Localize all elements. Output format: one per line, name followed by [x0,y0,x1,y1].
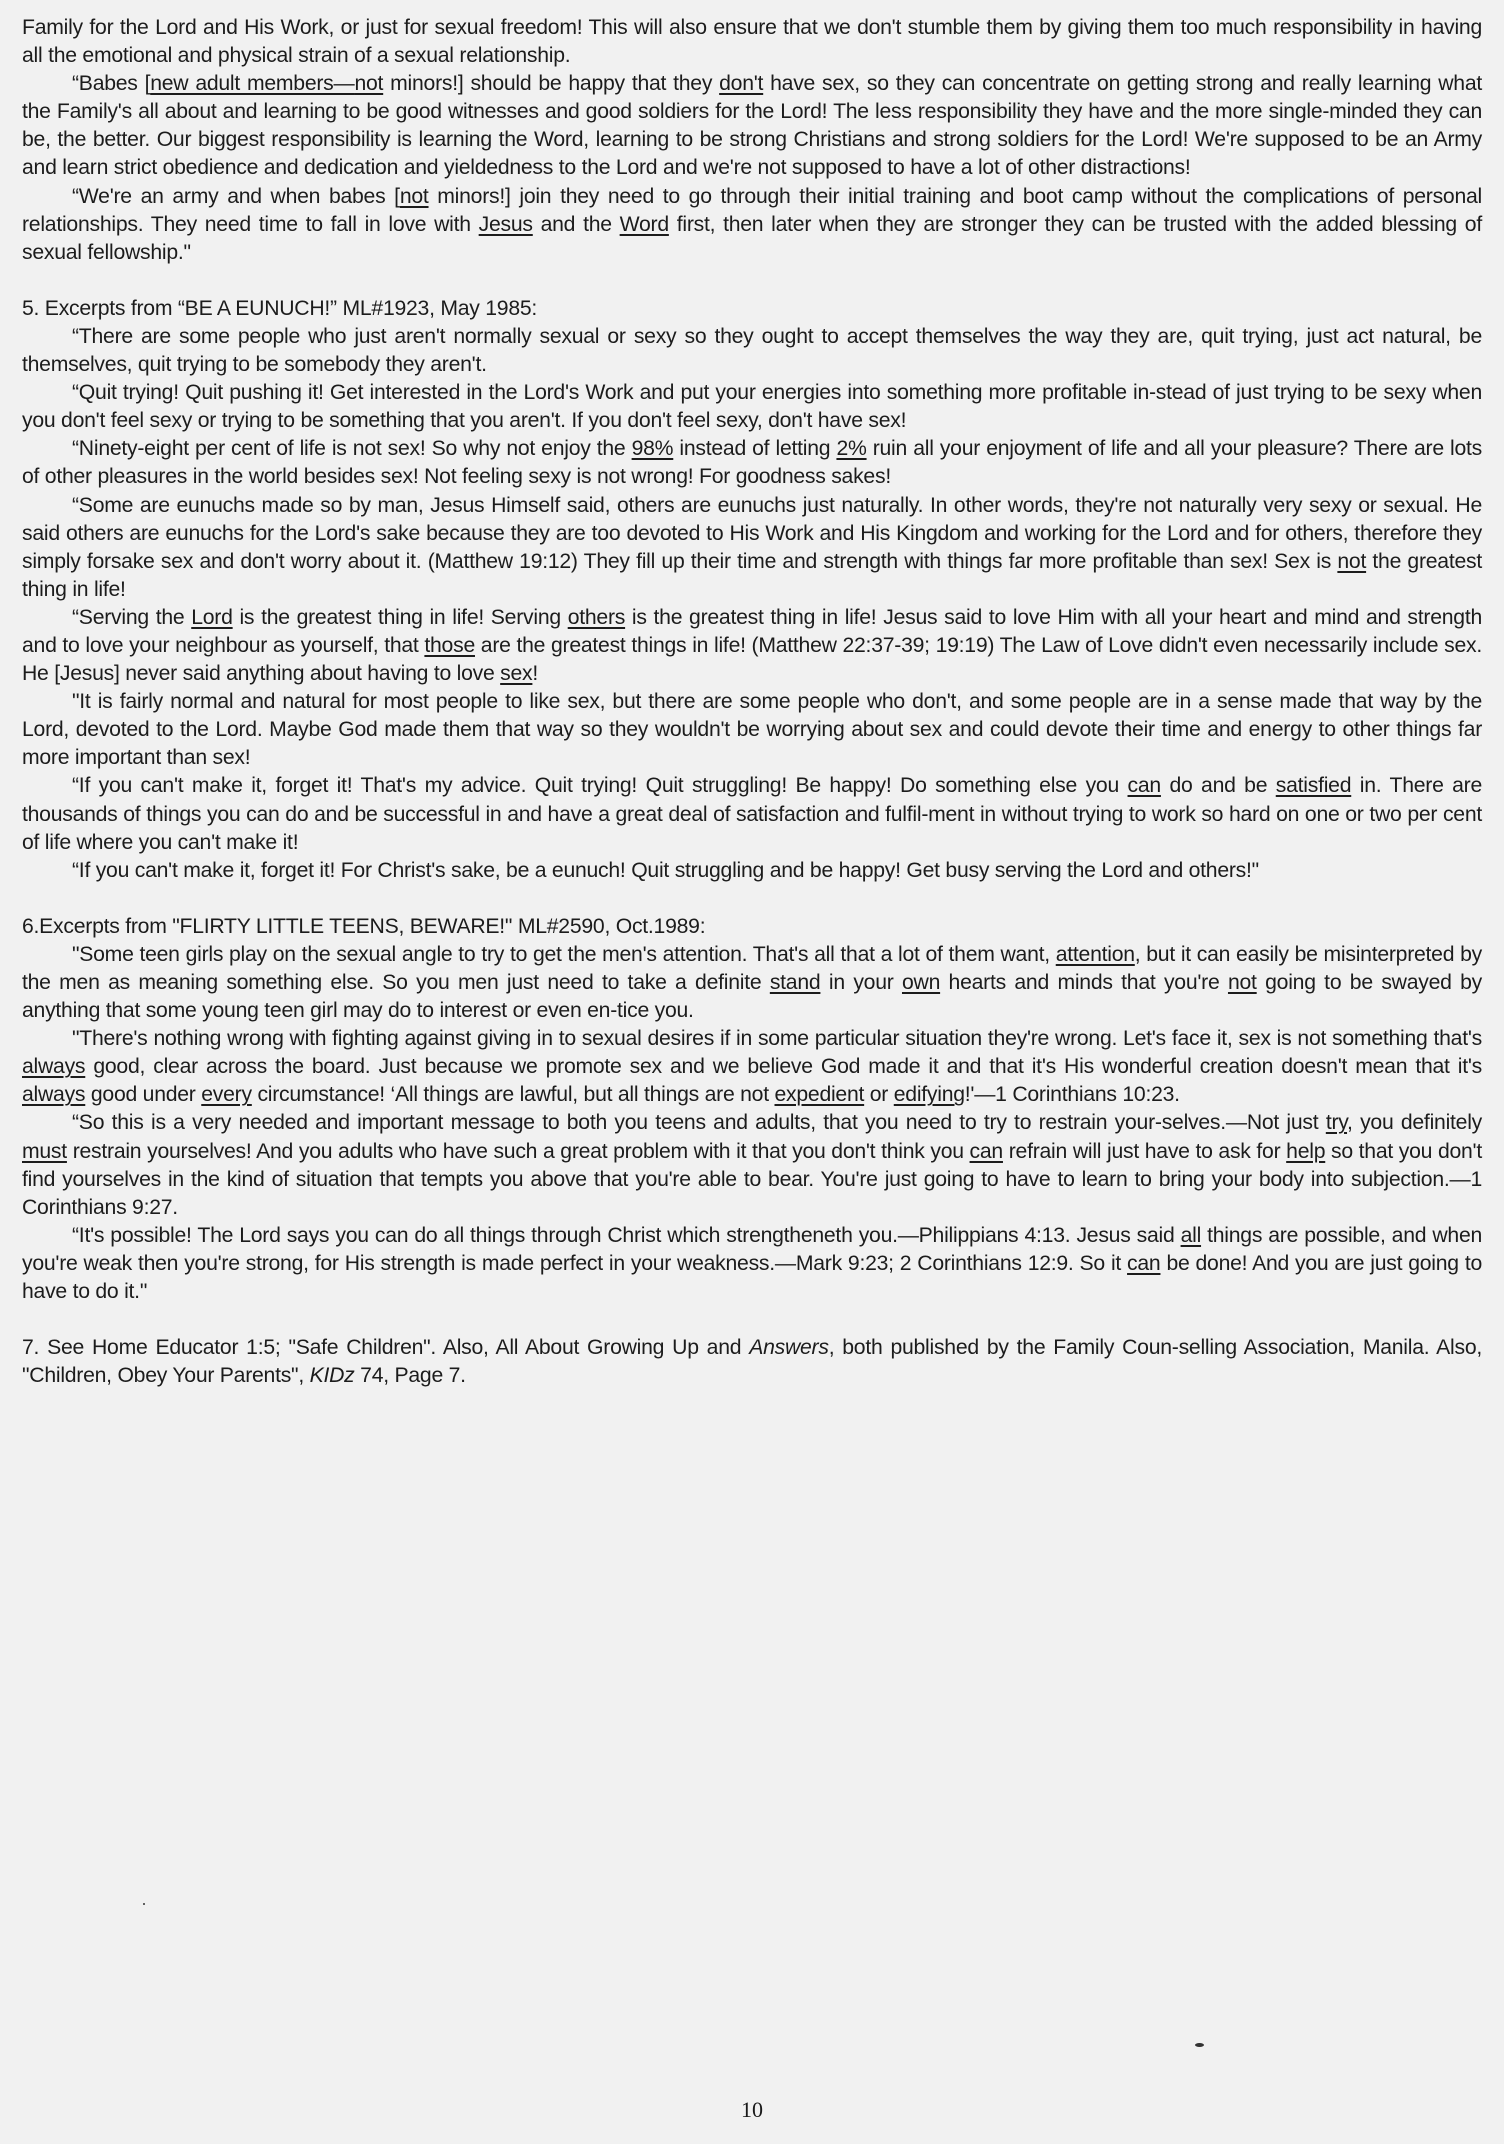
text-run: , you definitely [1347,1111,1482,1134]
italic-title: Answers [749,1336,829,1359]
emphasized-text: not [400,185,429,208]
paragraph: "There's nothing wrong with fighting aga… [22,1025,1482,1109]
paragraph: “So this is a very needed and important … [22,1109,1482,1221]
text-run: or [864,1083,894,1106]
paragraph: "Some teen girls play on the sexual angl… [22,941,1482,1025]
section-paragraphs: "Some teen girls play on the sexual angl… [22,941,1482,1306]
text-run: circumstance! ‘All things are lawful, bu… [252,1083,775,1106]
section-paragraphs: 7. See Home Educator 1:5; "Safe Children… [22,1334,1482,1390]
text-run: Family for the Lord and His Work, or jus… [22,16,1482,67]
text-run: good under [85,1083,201,1106]
paragraph: “If you can't make it, forget it! That's… [22,772,1482,856]
text-run: instead of letting [673,437,836,460]
emphasized-text: edifying [894,1083,965,1106]
paragraph: “Quit trying! Quit pushing it! Get inter… [22,379,1482,435]
emphasized-text: can [970,1140,1003,1163]
text-run: “Ninety-eight per cent of life is not se… [72,437,632,460]
emphasized-text: new adult members— [150,72,354,95]
emphasized-text: own [902,971,940,994]
section-gap [22,267,1482,295]
section-heading: 5. Excerpts from “BE A EUNUCH!” ML#1923,… [22,295,1482,323]
italic-title: KIDz [310,1364,355,1387]
section-paragraphs: “There are some people who just aren't n… [22,323,1482,885]
emphasized-text: 98% [632,437,674,460]
emphasized-text: must [22,1140,67,1163]
emphasized-text: every [201,1083,252,1106]
section-gap [22,1306,1482,1334]
intro-continuation: Family for the Lord and His Work, or jus… [22,14,1482,267]
emphasized-text: not [1337,550,1366,573]
page-number: 10 [0,2097,1504,2123]
text-run: restrain yourselves! And you adults who … [67,1140,970,1163]
section-heading: 6.Excerpts from "FLIRTY LITTLE TEENS, BE… [22,913,1482,941]
emphasized-text: help [1286,1140,1325,1163]
emphasized-text: those [424,634,475,657]
emphasized-text: expedient [775,1083,865,1106]
text-run: minors!] should be happy that they [383,72,719,95]
text-run: 7. See Home Educator 1:5; "Safe Children… [22,1336,749,1359]
paragraph: 7. See Home Educator 1:5; "Safe Children… [22,1334,1482,1390]
paragraph: “It's possible! The Lord says you can do… [22,1222,1482,1306]
paragraph: “Babes [new adult members—not minors!] s… [22,70,1482,182]
text-run: good, clear across the board. Just becau… [85,1055,1482,1078]
text-run: “If you can't make it, forget it! For Ch… [72,859,1259,882]
paragraph: “Ninety-eight per cent of life is not se… [22,435,1482,491]
emphasized-text: Word [620,213,669,236]
text-run: “It's possible! The Lord says you can do… [72,1224,1181,1247]
emphasized-text: try [1326,1111,1347,1134]
section-5-be-a-eunuch: 5. Excerpts from “BE A EUNUCH!” ML#1923,… [22,295,1482,885]
text-run: !'—1 Corinthians 10:23. [965,1083,1180,1106]
text-run: "Some teen girls play on the sexual angl… [72,943,1056,966]
scan-speck [143,1903,145,1905]
text-run: ! [532,662,538,685]
text-run: is the greatest thing in life! Serving [233,606,568,629]
text-run: “So this is a very needed and important … [72,1111,1326,1134]
emphasized-text: satisfied [1276,774,1351,797]
text-run: hearts and minds that you're [940,971,1228,994]
emphasized-text: always [22,1083,85,1106]
text-run: and the [533,213,620,236]
text-run: refrain will just have to ask for [1003,1140,1286,1163]
emphasized-text: sex [500,662,532,685]
paragraph: “Some are eunuchs made so by man, Jesus … [22,492,1482,604]
emphasized-text: all [1181,1224,1201,1247]
paragraph: Family for the Lord and His Work, or jus… [22,14,1482,70]
paragraph: “There are some people who just aren't n… [22,323,1482,379]
text-run: in your [820,971,902,994]
document-page: Family for the Lord and His Work, or jus… [22,14,1482,1390]
paragraph: “Serving the Lord is the greatest thing … [22,604,1482,688]
text-run: “Babes [ [72,72,150,95]
emphasized-text: don't [719,72,763,95]
text-run: “Some are eunuchs made so by man, Jesus … [22,494,1482,573]
emphasized-text: others [568,606,625,629]
paragraph: "It is fairly normal and natural for mos… [22,688,1482,772]
text-run: 74, Page 7. [355,1364,466,1387]
emphasized-text: can [1128,774,1161,797]
paragraph: “We're an army and when babes [not minor… [22,183,1482,267]
section-6-flirty-little-teens: 6.Excerpts from "FLIRTY LITTLE TEENS, BE… [22,913,1482,1306]
emphasized-text: Lord [191,606,232,629]
paragraph: “If you can't make it, forget it! For Ch… [22,857,1482,885]
emphasized-text: can [1127,1252,1160,1275]
text-run: “There are some people who just aren't n… [22,325,1482,376]
text-run: do and be [1161,774,1276,797]
text-run: “Serving the [72,606,191,629]
emphasized-text: 2% [836,437,866,460]
emphasized-text: not [354,72,383,95]
section-gap [22,885,1482,913]
emphasized-text: Jesus [479,213,533,236]
text-run: "There's nothing wrong with fighting aga… [72,1027,1482,1050]
emphasized-text: not [1228,971,1257,994]
emphasized-text: stand [770,971,821,994]
scan-speck [1195,2043,1204,2047]
emphasized-text: always [22,1055,85,1078]
text-run: “We're an army and when babes [ [72,185,400,208]
text-run: “If you can't make it, forget it! That's… [72,774,1128,797]
emphasized-text: attention [1056,943,1135,966]
text-run: "It is fairly normal and natural for mos… [22,690,1482,769]
text-run: “Quit trying! Quit pushing it! Get inter… [22,381,1482,432]
section-7-references: 7. See Home Educator 1:5; "Safe Children… [22,1334,1482,1390]
